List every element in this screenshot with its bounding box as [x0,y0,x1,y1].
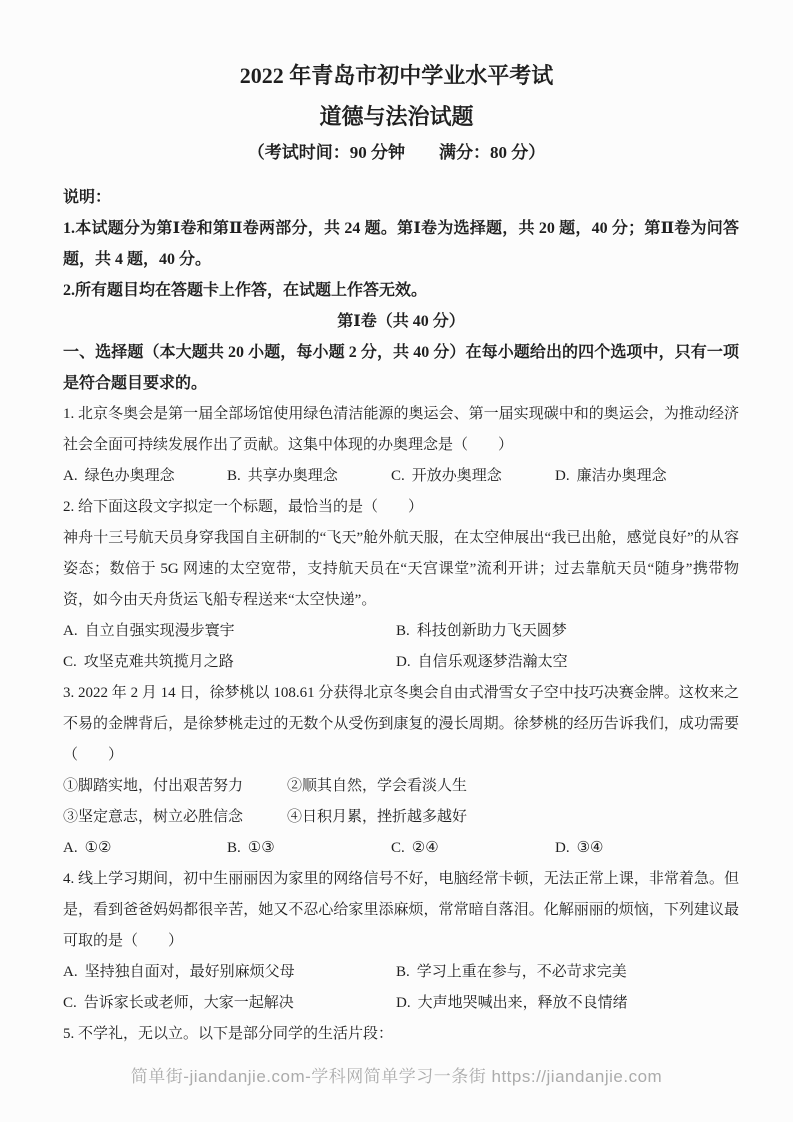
options-row: C.告诉家长或老师，大家一起解决 D.大声地哭喊出来，释放不良情绪 [63,988,739,1019]
option-label: B. [396,964,410,980]
option-text: 廉洁办奥理念 [577,468,667,484]
option-label: A. [63,623,78,639]
option-label: D. [555,840,570,856]
statement-item-3: ③坚定意志，树立必胜信念 [63,802,287,833]
option-label: D. [555,468,570,484]
option-text: 攻坚克难共筑揽月之路 [84,654,234,670]
exam-title: 2022 年青岛市初中学业水平考试 [0,0,793,94]
section-instruction: 一、选择题（本大题共 20 小题，每小题 2 分，共 40 分）在每小题给出的四… [63,337,739,399]
option-label: C. [63,995,77,1011]
option-c: C.攻坚克难共筑揽月之路 [63,647,396,678]
option-label: D. [396,995,411,1011]
options-row: C.攻坚克难共筑揽月之路 D.自信乐观逐梦浩瀚太空 [63,647,739,678]
option-text: 坚持独自面对，最好别麻烦父母 [85,964,295,980]
option-text: 告诉家长或老师，大家一起解决 [84,995,294,1011]
question-stem: 5. 不学礼，无以立。以下是部分同学的生活片段： [63,1019,739,1050]
option-a: A.①② [63,833,227,864]
question-3: 3. 2022 年 2 月 14 日，徐梦桃以 108.61 分获得北京冬奥会自… [63,678,739,864]
option-label: C. [63,654,77,670]
option-label: B. [227,840,241,856]
question-5: 5. 不学礼，无以立。以下是部分同学的生活片段： [63,1019,739,1050]
option-text: ①③ [248,840,275,856]
option-text: 共享办奥理念 [248,468,338,484]
exam-info-line: （考试时间：90 分钟 满分：80 分） [0,140,793,166]
option-text: 绿色办奥理念 [85,468,175,484]
question-stem: 3. 2022 年 2 月 14 日，徐梦桃以 108.61 分获得北京冬奥会自… [63,678,739,771]
option-text: 开放办奥理念 [412,468,502,484]
question-2: 2. 给下面这段文字拟定一个标题，最恰当的是（ ） 神舟十三号航天员身穿我国自主… [63,492,739,678]
statement-item-1: ①脚踏实地，付出艰苦努力 [63,771,287,802]
option-label: D. [396,654,411,670]
option-a: A.绿色办奥理念 [63,461,227,492]
notes-label: 说明： [63,182,739,213]
option-label: C. [391,840,405,856]
question-stem: 1. 北京冬奥会是第一届全部场馆使用绿色清洁能源的奥运会、第一届实现碳中和的奥运… [63,399,739,461]
statement-items-row: ③坚定意志，树立必胜信念 ④日积月累，挫折越多越好 [63,802,739,833]
option-label: C. [391,468,405,484]
options-row: A.自立自强实现漫步寰宇 B.科技创新助力飞天圆梦 [63,616,739,647]
option-b: B.科技创新助力飞天圆梦 [396,616,567,647]
exam-paper-page: 2022 年青岛市初中学业水平考试 道德与法治试题 （考试时间：90 分钟 满分… [0,0,793,1122]
option-a: A.自立自强实现漫步寰宇 [63,616,396,647]
option-b: B.①③ [227,833,391,864]
question-stem: 4. 线上学习期间，初中生丽丽因为家里的网络信号不好，电脑经常卡顿，无法正常上课… [63,864,739,957]
question-passage: 神舟十三号航天员身穿我国自主研制的“飞天”舱外航天服，在太空伸展出“我已出舱，感… [63,523,739,616]
option-label: A. [63,840,78,856]
option-d: D.大声地哭喊出来，释放不良情绪 [396,988,628,1019]
options-row: A.坚持独自面对，最好别麻烦父母 B.学习上重在参与，不必苛求完美 [63,957,739,988]
option-d: D.廉洁办奥理念 [555,461,667,492]
option-c: C.告诉家长或老师，大家一起解决 [63,988,396,1019]
option-text: 学习上重在参与，不必苛求完美 [417,964,627,980]
note-item-2: 2.所有题目均在答题卡上作答，在试题上作答无效。 [63,275,739,306]
statement-items-row: ①脚踏实地，付出艰苦努力 ②顺其自然，学会看淡人生 [63,771,739,802]
option-text: 科技创新助力飞天圆梦 [417,623,567,639]
option-text: 自立自强实现漫步寰宇 [85,623,235,639]
part-title: 第Ⅰ卷（共 40 分） [63,306,739,337]
option-label: B. [396,623,410,639]
watermark-footer: 简单街-jiandanjie.com-学科网简单学习一条街 https://ji… [0,1062,793,1087]
option-text: ①② [85,840,112,856]
option-label: A. [63,468,78,484]
statement-item-4: ④日积月累，挫折越多越好 [287,802,467,833]
option-label: B. [227,468,241,484]
option-c: C.开放办奥理念 [391,461,555,492]
option-text: 大声地哭喊出来，释放不良情绪 [418,995,628,1011]
option-b: B.共享办奥理念 [227,461,391,492]
note-item-1: 1.本试题分为第Ⅰ卷和第Ⅱ卷两部分，共 24 题。第Ⅰ卷为选择题，共 20 题，… [63,213,739,275]
option-text: ③④ [577,840,604,856]
options-row: A.绿色办奥理念 B.共享办奥理念 C.开放办奥理念 D.廉洁办奥理念 [63,461,739,492]
question-stem: 2. 给下面这段文字拟定一个标题，最恰当的是（ ） [63,492,739,523]
option-b: B.学习上重在参与，不必苛求完美 [396,957,627,988]
question-4: 4. 线上学习期间，初中生丽丽因为家里的网络信号不好，电脑经常卡顿，无法正常上课… [63,864,739,1019]
option-c: C.②④ [391,833,555,864]
option-a: A.坚持独自面对，最好别麻烦父母 [63,957,396,988]
exam-body: 说明： 1.本试题分为第Ⅰ卷和第Ⅱ卷两部分，共 24 题。第Ⅰ卷为选择题，共 2… [63,182,739,1050]
option-label: A. [63,964,78,980]
option-text: 自信乐观逐梦浩瀚太空 [418,654,568,670]
options-row: A.①② B.①③ C.②④ D.③④ [63,833,739,864]
option-d: D.自信乐观逐梦浩瀚太空 [396,647,568,678]
exam-subtitle: 道德与法治试题 [0,100,793,134]
question-1: 1. 北京冬奥会是第一届全部场馆使用绿色清洁能源的奥运会、第一届实现碳中和的奥运… [63,399,739,492]
option-d: D.③④ [555,833,604,864]
statement-item-2: ②顺其自然，学会看淡人生 [287,771,467,802]
option-text: ②④ [412,840,439,856]
